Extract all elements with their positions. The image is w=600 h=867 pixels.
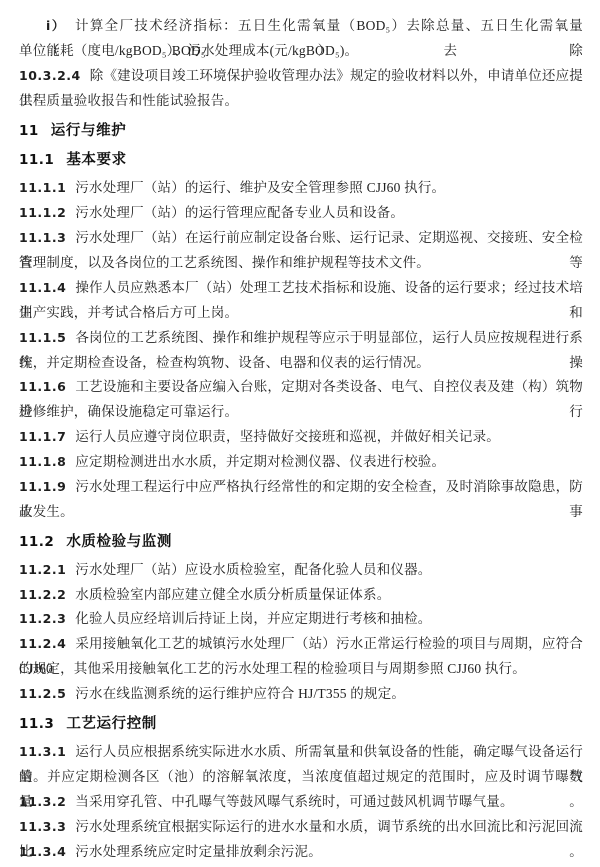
line-text: 基本要求 bbox=[66, 152, 126, 168]
clause-number: 11.2.2 bbox=[19, 587, 66, 602]
text-line: 11.3.2当采用穿孔管、中孔曝气等鼓风曝气系统时，可通过鼓风机调节曝气量。 bbox=[19, 790, 583, 815]
line-text: 检修维护，确保设施稳定可靠运行。 bbox=[19, 404, 238, 419]
text-line: 11.3.1运行人员应根据系统实际进水水质、所需氧量和供氧设备的性能，确定曝气设… bbox=[19, 740, 583, 765]
section-heading: 11.2水质检验与监测 bbox=[19, 530, 583, 555]
line-text: 化验人员应经培训后持证上岗，并应定期进行考核和抽检。 bbox=[75, 611, 431, 626]
clause-number: 11.1.6 bbox=[19, 379, 66, 394]
line-text: 水质检验与监测 bbox=[66, 534, 172, 550]
line-text: 污水处理厂（站）应设水质检验室，配备化验人员和仪器。 bbox=[75, 562, 431, 577]
clause-number: 11.2.3 bbox=[19, 611, 66, 626]
document-page: i）计算全厂技术经济指标：五日生化需氧量（BOD₅）去除总量、五日生化需氧量（B… bbox=[0, 0, 600, 867]
line-text: 运行人员应遵守岗位职责，坚持做好交接班和巡视，并做好相关记录。 bbox=[75, 429, 500, 444]
clause-number: 11.1.9 bbox=[19, 479, 66, 494]
text-line: 11.2.3化验人员应经培训后持证上岗，并应定期进行考核和抽检。 bbox=[19, 607, 583, 632]
text-line: i）计算全厂技术经济指标：五日生化需氧量（BOD₅）去除总量、五日生化需氧量（B… bbox=[19, 14, 583, 39]
line-text: 故发生。 bbox=[19, 504, 74, 519]
text-line: 工程质量验收报告和性能试验报告。 bbox=[19, 89, 583, 114]
line-text: 工程质量验收报告和性能试验报告。 bbox=[19, 93, 238, 108]
clause-number: 11.2.4 bbox=[19, 636, 66, 651]
text-line: 11.1.7运行人员应遵守岗位职责，坚持做好交接班和巡视，并做好相关记录。 bbox=[19, 425, 583, 450]
line-text: 单位能耗（度电/kgBOD₅）、污水处理成本(元/kgBOD₅)。 bbox=[19, 43, 358, 58]
line-text: 的规定，其他采用接触氧化工艺的污水处理工程的检验项目与周期参照 CJJ60 执行… bbox=[19, 661, 526, 676]
section-heading: 11运行与维护 bbox=[19, 119, 583, 144]
clause-number: 10.3.2.4 bbox=[19, 68, 81, 83]
clause-number: i） bbox=[46, 18, 66, 33]
clause-number: 11.2.5 bbox=[19, 686, 66, 701]
clause-number: 11.2 bbox=[19, 534, 54, 550]
text-line: 10.3.2.4除《建设项目竣工环境保护验收管理办法》规定的验收材料以外，申请单… bbox=[19, 64, 583, 89]
line-text: 污水处理厂（站）的运行、维护及安全管理参照 CJJ60 执行。 bbox=[75, 180, 445, 195]
clause-number: 11.1.3 bbox=[19, 230, 66, 245]
clause-number: 11.3.3 bbox=[19, 819, 66, 834]
line-text: 水质检验室内部应建立健全水质分析质量保证体系。 bbox=[75, 587, 390, 602]
line-text: 运行与维护 bbox=[51, 123, 127, 139]
text-line: 11.1.9污水处理工程运行中应严格执行经常性的和定期的安全检查，及时消除事故隐… bbox=[19, 475, 583, 500]
clause-number: 11.2.1 bbox=[19, 562, 66, 577]
text-line: 11.1.5各岗位的工艺系统图、操作和维护规程等应示于明显部位，运行人员应按规程… bbox=[19, 326, 583, 351]
clause-number: 11.1.7 bbox=[19, 429, 66, 444]
text-line: 11.1.1污水处理厂（站）的运行、维护及安全管理参照 CJJ60 执行。 bbox=[19, 176, 583, 201]
text-line: 量。并应定期检测各区（池）的溶解氧浓度，当浓度值超过规定的范围时，应及时调节曝气… bbox=[19, 765, 583, 790]
text-line: 11.1.2污水处理厂（站）的运行管理应配备专业人员和设备。 bbox=[19, 201, 583, 226]
text-line: 11.1.4操作人员应熟悉本厂（站）处理工艺技术指标和设施、设备的运行要求；经过… bbox=[19, 276, 583, 301]
text-line: 11.3.3污水处理系统宜根据实际运行的进水水量和水质，调节系统的出水回流比和污… bbox=[19, 815, 583, 840]
text-line: 11.1.3污水处理厂（站）在运行前应制定设备台账、运行记录、定期巡视、交接班、… bbox=[19, 226, 583, 251]
clause-number: 11.1.1 bbox=[19, 180, 66, 195]
text-line: 11.2.5污水在线监测系统的运行维护应符合 HJ/T355 的规定。 bbox=[19, 682, 583, 707]
clause-number: 11.3.2 bbox=[19, 794, 66, 809]
clause-number: 11.1.5 bbox=[19, 330, 66, 345]
clause-number: 11.3.4 bbox=[19, 844, 66, 859]
text-line: 11.1.6工艺设施和主要设备应编入台账，定期对各类设备、电气、自控仪表及建（构… bbox=[19, 375, 583, 400]
clause-number: 11.1.2 bbox=[19, 205, 66, 220]
line-text: 污水处理工程运行中应严格执行经常性的和定期的安全检查，及时消除事故隐患，防止事 bbox=[19, 479, 583, 519]
line-text: 工艺运行控制 bbox=[66, 716, 157, 732]
clause-number: 11.1 bbox=[19, 152, 54, 168]
line-text: 生产实践，并考试合格后方可上岗。 bbox=[19, 305, 238, 320]
clause-number: 11 bbox=[19, 123, 39, 139]
clause-number: 11.3 bbox=[19, 716, 54, 732]
clause-number: 11.1.4 bbox=[19, 280, 66, 295]
text-line: 11.2.4采用接触氧化工艺的城镇污水处理厂（站）污水正常运行检验的项目与周期，… bbox=[19, 632, 583, 657]
line-text: 当采用穿孔管、中孔曝气等鼓风曝气系统时，可通过鼓风机调节曝气量。 bbox=[75, 794, 513, 809]
text-line: 11.2.2水质检验室内部应建立健全水质分析质量保证体系。 bbox=[19, 583, 583, 608]
section-heading: 11.3工艺运行控制 bbox=[19, 712, 583, 737]
text-line: 11.1.8应定期检测进出水水质，并定期对检测仪器、仪表进行校验。 bbox=[19, 450, 583, 475]
text-line: 的规定，其他采用接触氧化工艺的污水处理工程的检验项目与周期参照 CJJ60 执行… bbox=[19, 657, 583, 682]
text-line: 11.2.1污水处理厂（站）应设水质检验室，配备化验人员和仪器。 bbox=[19, 558, 583, 583]
section-heading: 11.1基本要求 bbox=[19, 148, 583, 173]
document-body: i）计算全厂技术经济指标：五日生化需氧量（BOD₅）去除总量、五日生化需氧量（B… bbox=[19, 14, 583, 864]
clause-number: 11.1.8 bbox=[19, 454, 66, 469]
line-text: 管理制度，以及各岗位的工艺系统图、操作和维护规程等技术文件。 bbox=[19, 255, 430, 270]
line-text: 污水处理系统应定时定量排放剩余污泥。 bbox=[75, 844, 322, 859]
line-text: 应定期检测进出水水质，并定期对检测仪器、仪表进行校验。 bbox=[75, 454, 445, 469]
line-text: 作，并定期检查设备，检查构筑物、设备、电器和仪表的运行情况。 bbox=[19, 355, 430, 370]
line-text: 污水在线监测系统的运行维护应符合 HJ/T355 的规定。 bbox=[75, 686, 405, 701]
clause-number: 11.3.1 bbox=[19, 744, 66, 759]
line-text: 污水处理厂（站）的运行管理应配备专业人员和设备。 bbox=[75, 205, 404, 220]
